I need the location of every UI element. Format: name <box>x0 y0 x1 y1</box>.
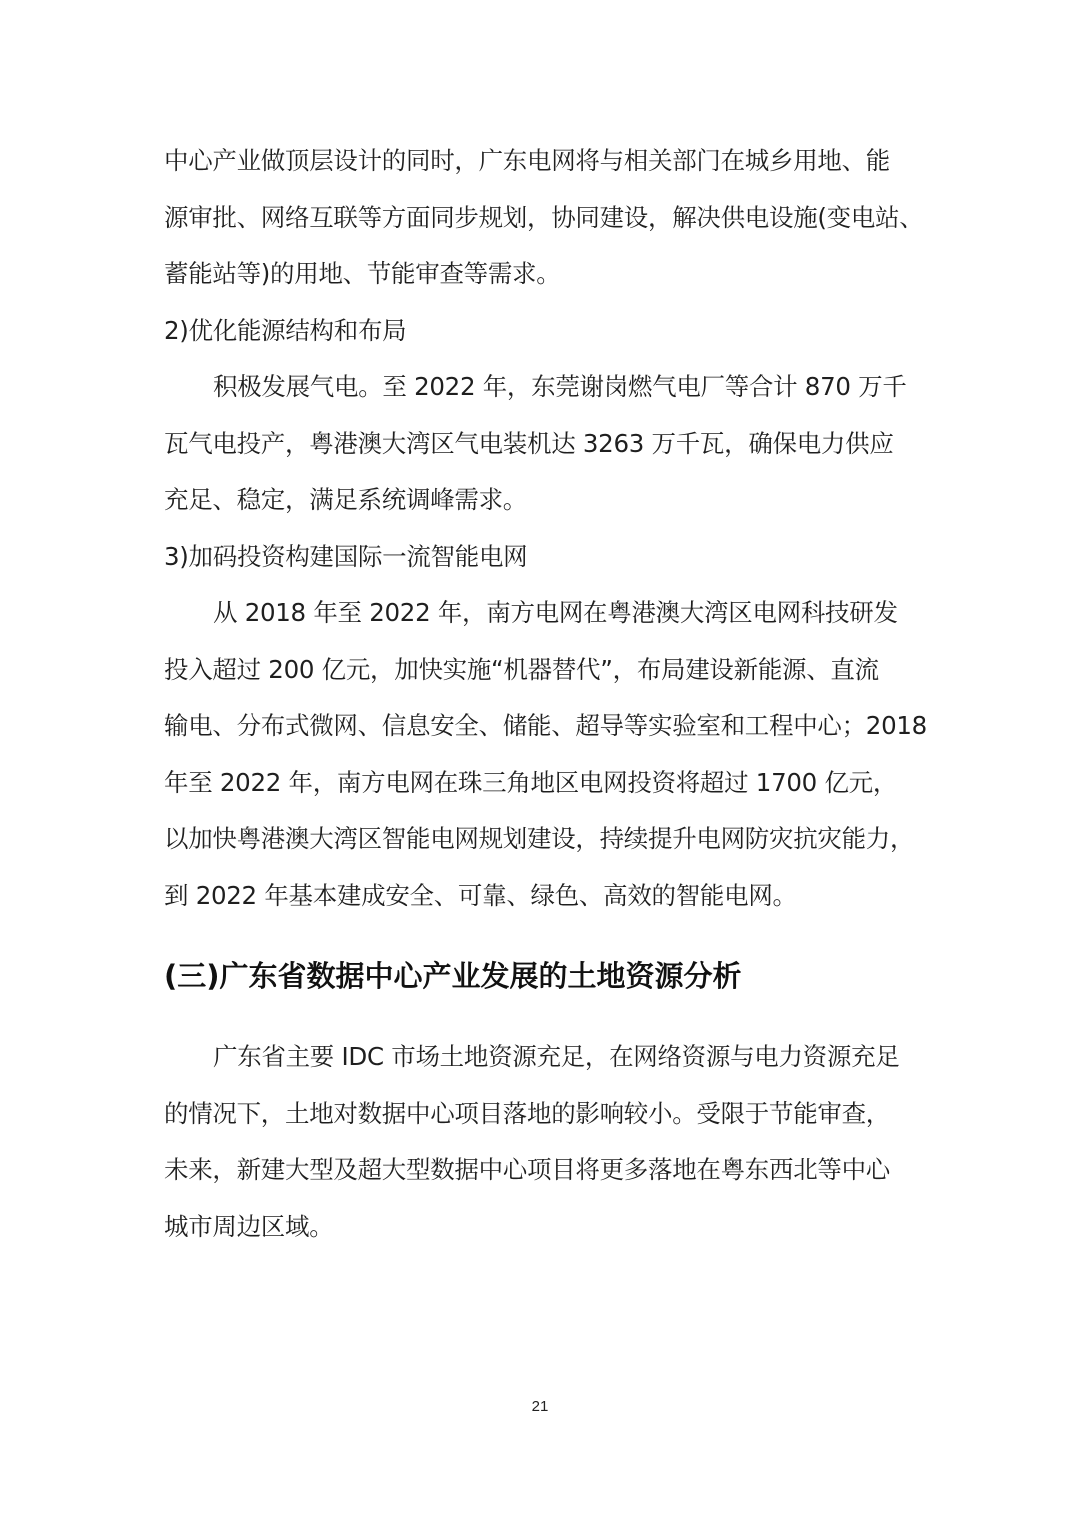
subsection-title: 2)优化能源结构和布局 <box>164 303 924 360</box>
paragraph-line: 中心产业做顶层设计的同时，广东电网将与相关部门在城乡用地、能 <box>164 133 924 190</box>
paragraph-line: 蓄能站等)的用地、节能审查等需求。 <box>164 246 924 303</box>
document-page: 中心产业做顶层设计的同时，广东电网将与相关部门在城乡用地、能 源审批、网络互联等… <box>0 0 1080 1527</box>
paragraph-line: 广东省主要 IDC 市场土地资源充足，在网络资源与电力资源充足 <box>164 1029 924 1086</box>
paragraph-line: 积极发展气电。至 2022 年，东莞谢岗燃气电厂等合计 870 万千 <box>164 359 924 416</box>
body-text-lower: 广东省主要 IDC 市场土地资源充足，在网络资源与电力资源充足 的情况下，土地对… <box>164 1029 924 1255</box>
paragraph-line: 到 2022 年基本建成安全、可靠、绿色、高效的智能电网。 <box>164 868 924 925</box>
paragraph-line: 源审批、网络互联等方面同步规划，协同建设，解决供电设施(变电站、 <box>164 190 924 247</box>
paragraph-line: 城市周边区域。 <box>164 1199 924 1256</box>
paragraph-line: 瓦气电投产，粤港澳大湾区气电装机达 3263 万千瓦，确保电力供应 <box>164 416 924 473</box>
paragraph-line: 从 2018 年至 2022 年，南方电网在粤港澳大湾区电网科技研发 <box>164 585 924 642</box>
paragraph-line: 的情况下，土地对数据中心项目落地的影响较小。受限于节能审查， <box>164 1086 924 1143</box>
subsection-title: 3)加码投资构建国际一流智能电网 <box>164 529 924 586</box>
paragraph-line: 年至 2022 年，南方电网在珠三角地区电网投资将超过 1700 亿元， <box>164 755 924 812</box>
paragraph-line: 未来，新建大型及超大型数据中心项目将更多落地在粤东西北等中心 <box>164 1142 924 1199</box>
paragraph-line: 以加快粤港澳大湾区智能电网规划建设，持续提升电网防灾抗灾能力， <box>164 811 924 868</box>
section-heading: (三)广东省数据中心产业发展的土地资源分析 <box>164 951 742 1001</box>
paragraph-line: 充足、稳定，满足系统调峰需求。 <box>164 472 924 529</box>
paragraph-line: 投入超过 200 亿元，加快实施“机器替代”，布局建设新能源、直流 <box>164 642 924 699</box>
paragraph-line: 输电、分布式微网、信息安全、储能、超导等实验室和工程中心；2018 <box>164 698 924 755</box>
body-text-upper: 中心产业做顶层设计的同时，广东电网将与相关部门在城乡用地、能 源审批、网络互联等… <box>164 133 924 924</box>
page-number: 21 <box>0 1398 1080 1415</box>
